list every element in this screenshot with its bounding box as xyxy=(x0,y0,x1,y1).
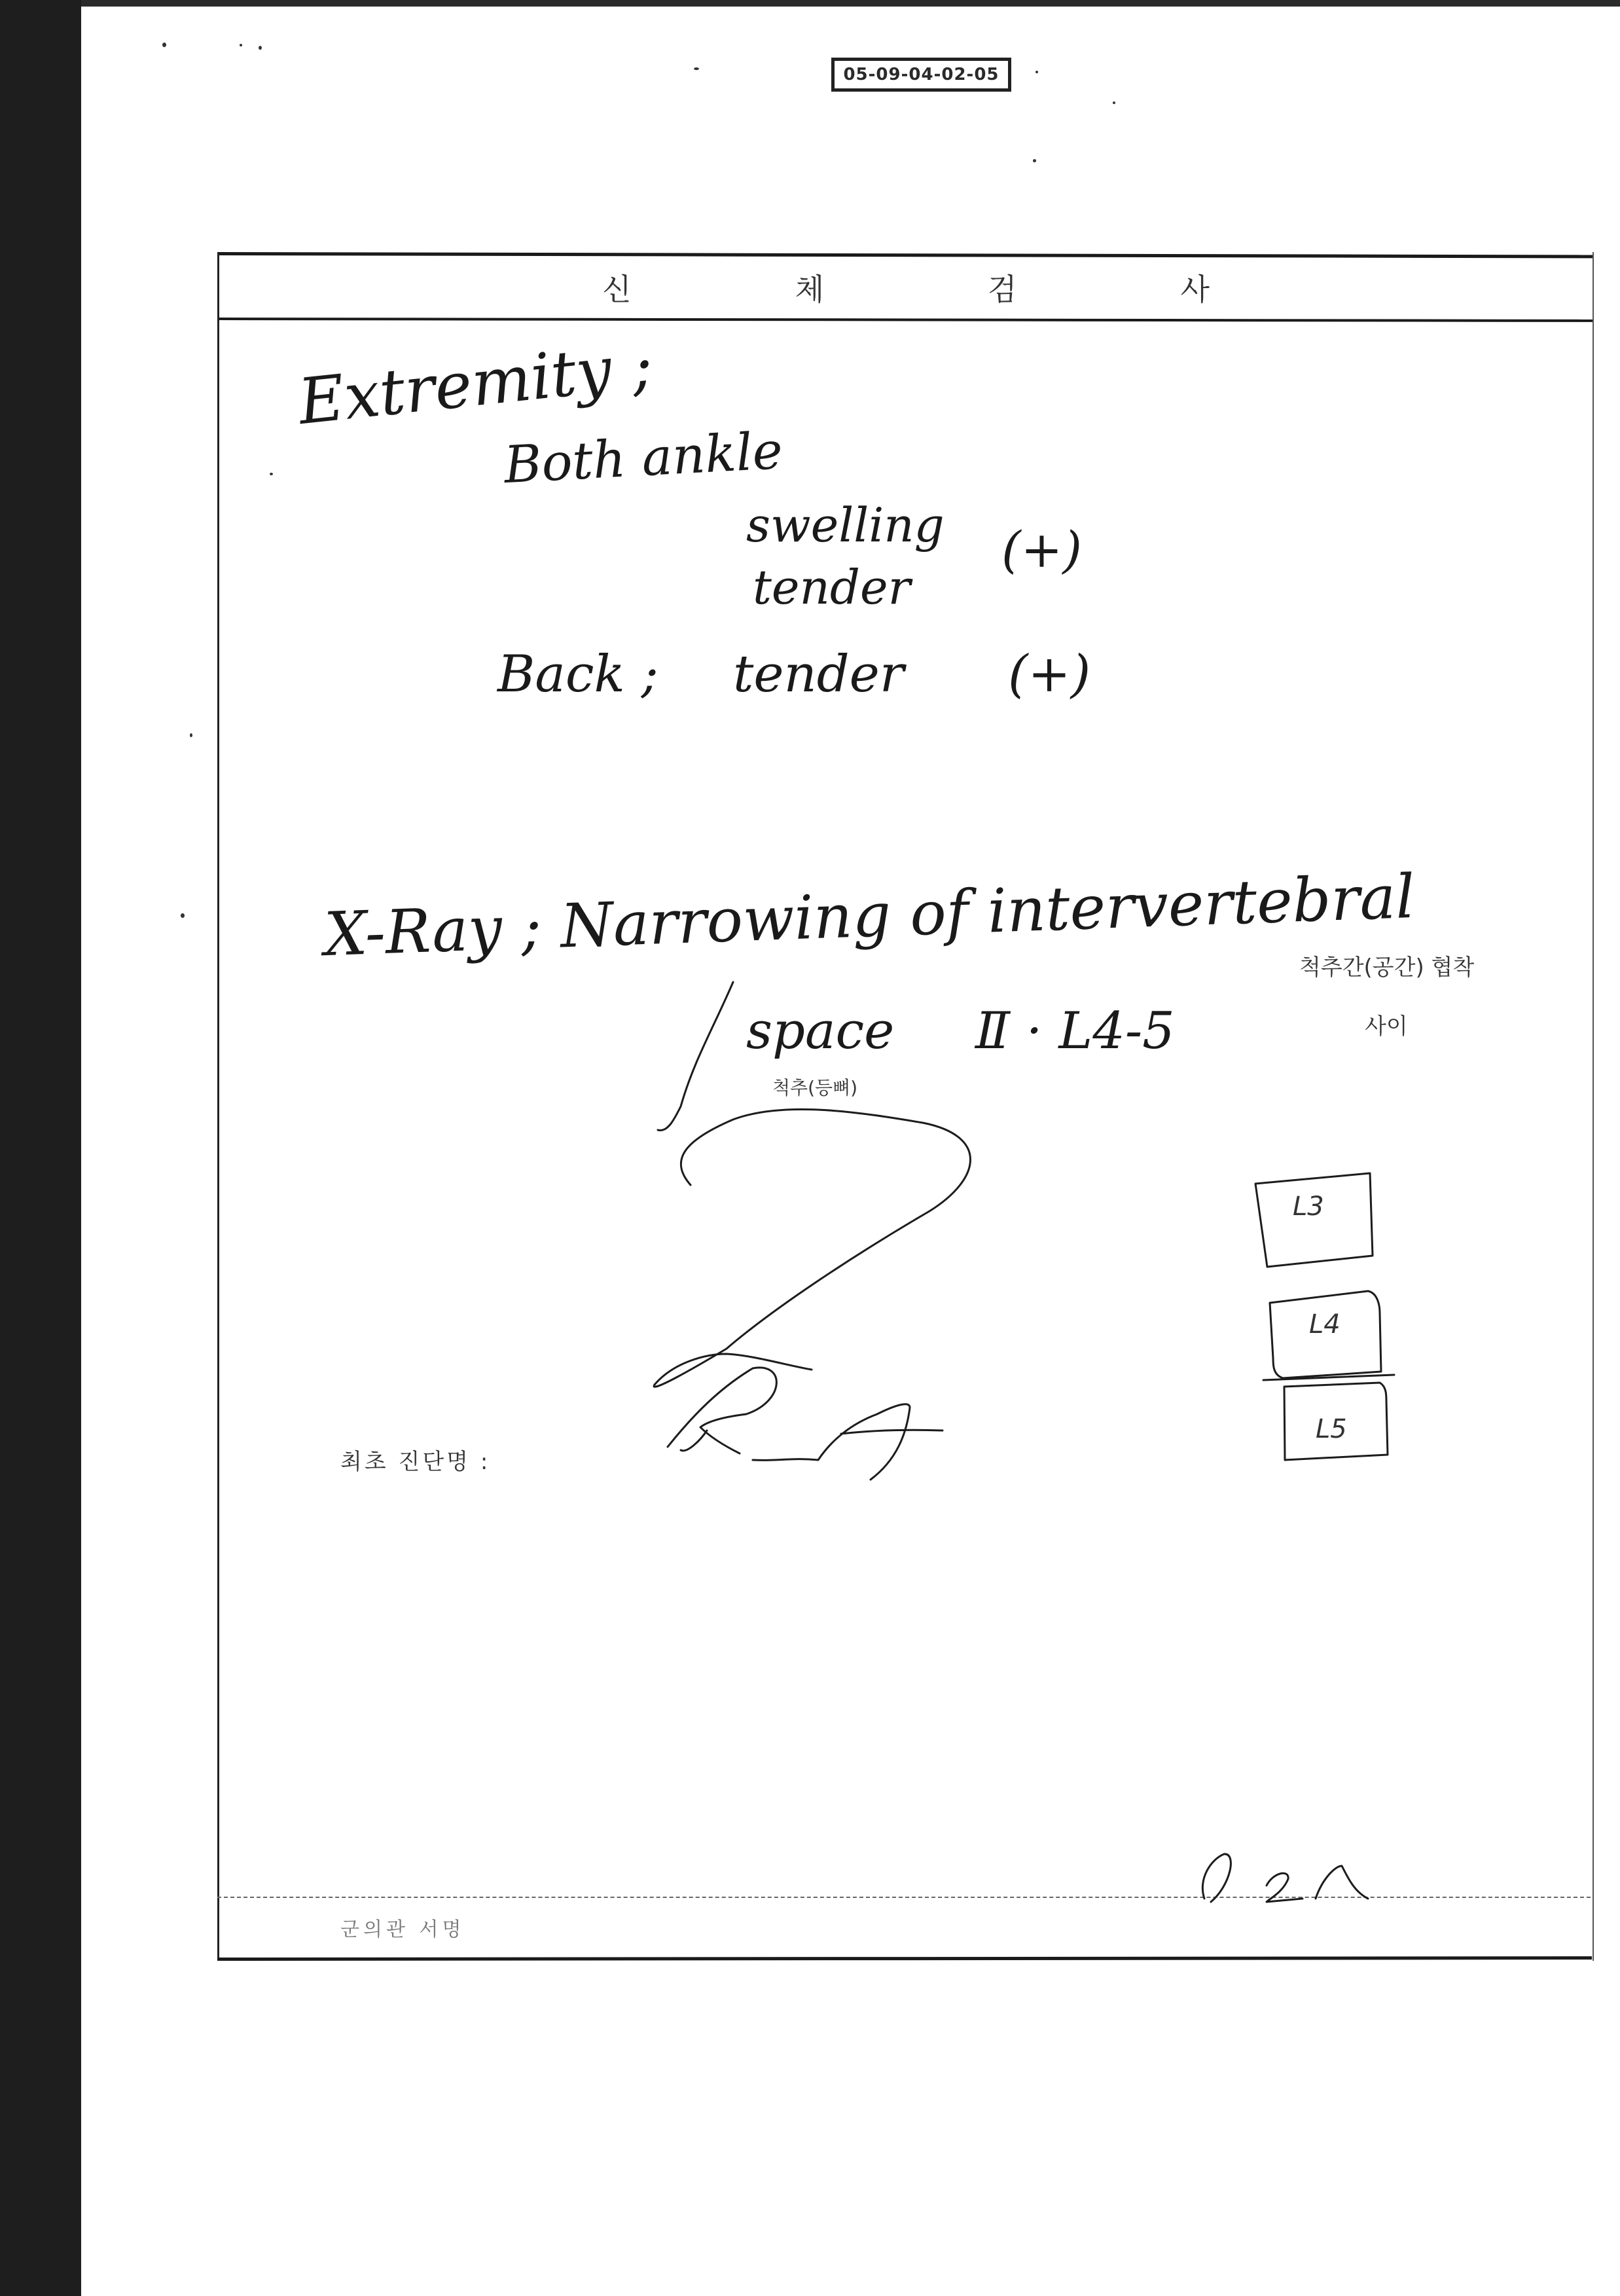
document-id-stamp: 05-09-04-02-05 xyxy=(831,58,1011,92)
scan-speck xyxy=(1035,71,1038,73)
note-korean-annotation-3: 척추(등뼈) xyxy=(772,1074,857,1100)
note-back-value: (+) xyxy=(1008,645,1090,704)
form-title-char: 신 xyxy=(602,266,631,309)
scan-speck xyxy=(259,46,262,50)
scan-speck xyxy=(162,43,166,47)
vertebra-label-l3: L3 xyxy=(1293,1192,1324,1222)
scan-speck xyxy=(181,913,185,918)
scan-speck xyxy=(694,67,699,70)
note-back-label: Back ; xyxy=(497,645,658,704)
vertebra-label-l5: L5 xyxy=(1316,1414,1347,1444)
signature-line xyxy=(217,1897,1591,1898)
form-title-char: 사 xyxy=(1180,266,1209,309)
form-title-rule xyxy=(219,318,1593,322)
note-korean-annotation-1: 척추간(공간) 협착 xyxy=(1299,949,1474,981)
scan-edge-top xyxy=(81,0,1620,7)
form-title: 신 체 검 사 xyxy=(219,261,1593,314)
form-top-rule xyxy=(219,252,1593,258)
form-title-char: 체 xyxy=(795,266,824,309)
scan-speck xyxy=(1113,101,1115,104)
form-title-char: 검 xyxy=(988,266,1017,309)
scan-speck xyxy=(1033,159,1036,162)
note-xray-level: Ⅱ · L4-5 xyxy=(975,1002,1175,1061)
note-tender: tender xyxy=(753,560,910,615)
scan-speck xyxy=(240,44,242,46)
vertebra-label-l4: L4 xyxy=(1309,1309,1341,1339)
note-back-finding: tender xyxy=(733,645,904,704)
note-swelling-value: (+) xyxy=(1001,520,1082,579)
note-xray-line-2: space xyxy=(746,1002,894,1061)
note-swelling: swelling xyxy=(746,498,945,553)
initial-diagnosis-label: 최초 진단명 : xyxy=(340,1444,490,1476)
note-korean-annotation-2: 사이 xyxy=(1365,1008,1408,1040)
scan-speck xyxy=(190,733,192,737)
medical-officer-signature-label: 군의관 서명 xyxy=(340,1913,465,1942)
scan-edge-left xyxy=(0,0,81,2296)
